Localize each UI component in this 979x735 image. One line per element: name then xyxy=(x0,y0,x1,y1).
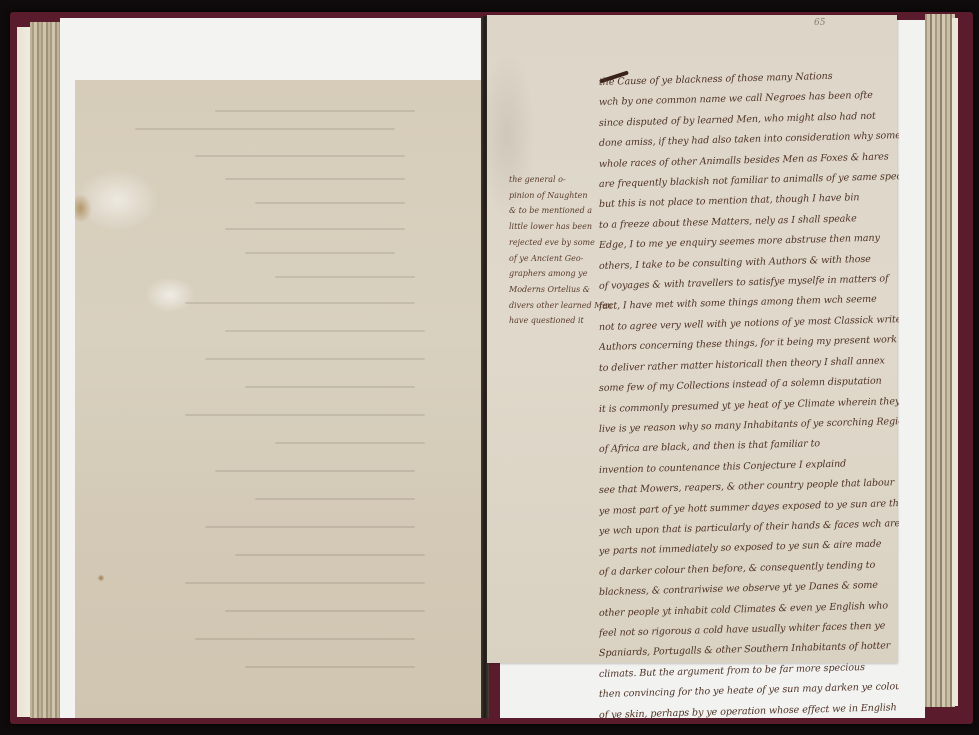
margin-note-line: have questioned it xyxy=(509,313,599,329)
bleed-through-line xyxy=(185,414,425,416)
margin-note: the general o- pinion of Naughten & to b… xyxy=(509,172,599,329)
bleed-through-line xyxy=(205,358,425,360)
bleed-through-line xyxy=(215,110,415,112)
bleed-through-line xyxy=(195,155,405,157)
left-page-edges xyxy=(30,22,62,718)
margin-note-line: little lower has been xyxy=(509,219,599,235)
bleed-through-line xyxy=(135,128,395,130)
bleed-through-line xyxy=(275,276,415,278)
folio-number: 65 xyxy=(814,18,825,28)
margin-note-line: pinion of Naughten xyxy=(509,188,599,204)
margin-note-line: the general o- xyxy=(509,172,599,188)
bleed-through-line xyxy=(225,178,405,180)
bleed-through-line xyxy=(205,526,415,528)
right-flyleaf xyxy=(952,18,958,706)
bleed-through-line xyxy=(255,498,415,500)
bleed-through-line xyxy=(275,442,425,444)
left-manuscript-leaf xyxy=(75,80,482,718)
bleed-through-line xyxy=(185,302,415,304)
bleed-through-line xyxy=(245,252,395,254)
bleed-through-line xyxy=(215,470,415,472)
margin-note-line: graphers among ye xyxy=(509,266,599,282)
margin-note-line: of ye Ancient Geo- xyxy=(509,251,599,267)
bleed-through-line xyxy=(245,386,415,388)
right-page-edges xyxy=(925,14,955,707)
margin-note-line: divers other learned Men xyxy=(509,298,599,314)
bleed-through-line xyxy=(255,202,405,204)
left-flyleaf xyxy=(17,27,31,717)
bleed-through-line xyxy=(225,610,425,612)
bleed-through-line xyxy=(225,228,405,230)
bleed-through-line xyxy=(185,582,425,584)
bleed-through-line xyxy=(245,666,415,668)
right-manuscript-leaf: 65 the general o- pinion of Naughten & t… xyxy=(487,15,897,663)
margin-note-line: rejected eve by some xyxy=(509,235,599,251)
margin-note-line: & to be mentioned a xyxy=(509,203,599,219)
margin-note-line: Moderns Ortelius & xyxy=(509,282,599,298)
bleed-through-line xyxy=(235,554,425,556)
bleed-through-line xyxy=(225,330,425,332)
manuscript-text: the Cause of ye blackness of those many … xyxy=(599,73,899,726)
bleed-through-line xyxy=(195,638,415,640)
